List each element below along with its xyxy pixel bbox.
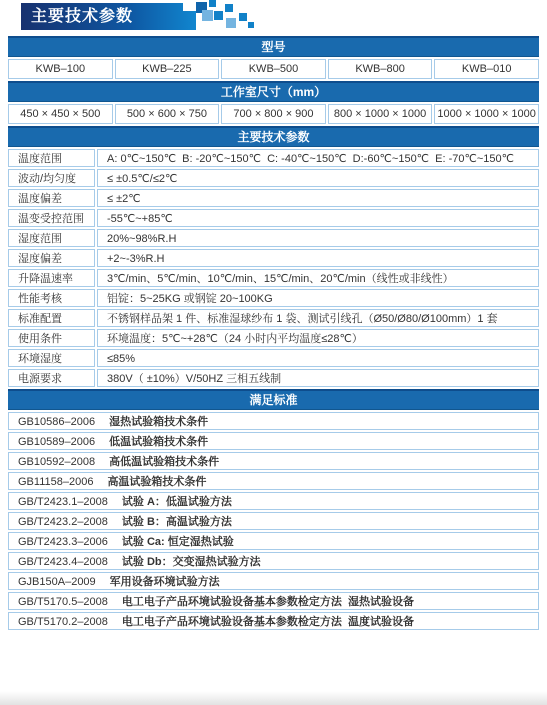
standard-desc: 高温试验箱技术条件: [107, 476, 206, 488]
param-label: 温度偏差: [8, 189, 95, 207]
deco-square: [202, 10, 213, 21]
param-value: 环境温度：5℃~+28℃（24 小时内平均温度≤28℃）: [97, 329, 539, 347]
param-label: 环境湿度: [8, 349, 95, 367]
standard-row: GB/T5170.5–2008电工电子产品环境试验设备基本参数检定方法 湿热试验…: [8, 592, 539, 610]
standard-row: GB/T2423.4–2008试验 Db：交变湿热试验方法: [8, 552, 539, 570]
models-row: KWB–100KWB–225KWB–500KWB–800KWB–010: [8, 59, 539, 79]
standard-row: GB/T2423.3–2006试验 Ca: 恒定湿热试验: [8, 532, 539, 550]
standard-row: GB11158–2006高温试验箱技术条件: [8, 472, 539, 490]
param-row: 湿度偏差+2~-3%R.H: [8, 249, 539, 267]
standard-code: GB/T5170.2–2008: [18, 616, 108, 628]
standard-desc: 电工电子产品环境试验设备基本参数检定方法 温度试验设备: [122, 616, 414, 628]
param-label: 性能考核: [8, 289, 95, 307]
param-label: 温度范围: [8, 149, 95, 167]
standard-row: GB/T5170.2–2008电工电子产品环境试验设备基本参数检定方法 温度试验…: [8, 612, 539, 630]
standard-desc: 军用设备环境试验方法: [110, 576, 220, 588]
param-value: 不锈钢样品架 1 件、标准湿球纱布 1 袋、测试引线孔（Ø50/Ø80/Ø100…: [97, 309, 539, 327]
param-label: 使用条件: [8, 329, 95, 347]
deco-square: [239, 13, 247, 21]
deco-square: [248, 22, 254, 28]
param-row: 环境湿度≤85%: [8, 349, 539, 367]
spec-table: 型号 KWB–100KWB–225KWB–500KWB–800KWB–010 工…: [8, 36, 539, 632]
param-value: 20%~98%R.H: [97, 229, 539, 247]
model-cell: KWB–225: [115, 59, 220, 79]
standard-row: GB/T2423.1–2008试验 A：低温试验方法: [8, 492, 539, 510]
size-cell: 450 × 450 × 500: [8, 104, 113, 124]
standard-code: GB/T2423.1–2008: [18, 496, 108, 508]
standard-desc: 高低温试验箱技术条件: [109, 456, 219, 468]
standard-desc: 电工电子产品环境试验设备基本参数检定方法 湿热试验设备: [122, 596, 414, 608]
deco-square: [214, 11, 223, 20]
param-label: 湿度范围: [8, 229, 95, 247]
param-value: 3℃/min、5℃/min、10℃/min、15℃/min、20℃/min（线性…: [97, 269, 539, 287]
deco-square: [225, 4, 233, 12]
section-header-params: 主要技术参数: [8, 126, 539, 147]
page-header: 主要技术参数: [0, 0, 547, 34]
title-notch-decor: [183, 3, 196, 11]
size-cell: 700 × 800 × 900: [221, 104, 326, 124]
bottom-fade-decor: [0, 691, 547, 705]
param-row: 电源要求380V（ ±10%）V/50HZ 三相五线制: [8, 369, 539, 387]
deco-square: [209, 0, 216, 7]
standard-code: GB/T5170.5–2008: [18, 596, 108, 608]
size-cell: 500 × 600 × 750: [115, 104, 220, 124]
standard-desc: 试验 A：低温试验方法: [122, 496, 232, 508]
standard-row: GB10589–2006低温试验箱技术条件: [8, 432, 539, 450]
param-value: A: 0℃~150℃ B: -20℃~150℃ C: -40℃~150℃ D:-…: [97, 149, 539, 167]
page-title: 主要技术参数: [31, 8, 133, 25]
param-row: 标准配置不锈钢样品架 1 件、标准湿球纱布 1 袋、测试引线孔（Ø50/Ø80/…: [8, 309, 539, 327]
param-value: +2~-3%R.H: [97, 249, 539, 267]
param-value: -55℃~+85℃: [97, 209, 539, 227]
param-row: 使用条件环境温度：5℃~+28℃（24 小时内平均温度≤28℃）: [8, 329, 539, 347]
sizes-row: 450 × 450 × 500500 × 600 × 750700 × 800 …: [8, 104, 539, 124]
section-header-size: 工作室尺寸（mm）: [8, 81, 539, 102]
deco-square: [226, 18, 236, 28]
param-label: 湿度偏差: [8, 249, 95, 267]
param-value: ≤85%: [97, 349, 539, 367]
standard-code: GB10586–2006: [18, 416, 95, 428]
standard-row: GB/T2423.2–2008试验 B：高温试验方法: [8, 512, 539, 530]
section-header-standards: 满足标准: [8, 389, 539, 410]
standard-row: GB10586–2006湿热试验箱技术条件: [8, 412, 539, 430]
standard-desc: 试验 Ca: 恒定湿热试验: [122, 536, 234, 548]
param-value: 铝锭：5~25KG 或钢锭 20~100KG: [97, 289, 539, 307]
param-label: 温变受控范围: [8, 209, 95, 227]
param-row: 波动/均匀度≤ ±0.5℃/≤2℃: [8, 169, 539, 187]
standard-desc: 试验 B：高温试验方法: [122, 516, 232, 528]
standard-row: GJB150A–2009军用设备环境试验方法: [8, 572, 539, 590]
standard-desc: 湿热试验箱技术条件: [109, 416, 208, 428]
model-cell: KWB–500: [221, 59, 326, 79]
param-label: 标准配置: [8, 309, 95, 327]
param-value: 380V（ ±10%）V/50HZ 三相五线制: [97, 369, 539, 387]
param-row: 性能考核铝锭：5~25KG 或钢锭 20~100KG: [8, 289, 539, 307]
param-value: ≤ ±0.5℃/≤2℃: [97, 169, 539, 187]
section-header-model: 型号: [8, 36, 539, 57]
param-row: 湿度范围20%~98%R.H: [8, 229, 539, 247]
param-label: 电源要求: [8, 369, 95, 387]
standard-code: GB/T2423.2–2008: [18, 516, 108, 528]
param-row: 温度偏差≤ ±2℃: [8, 189, 539, 207]
param-label: 升降温速率: [8, 269, 95, 287]
model-cell: KWB–800: [328, 59, 433, 79]
size-cell: 1000 × 1000 × 1000: [434, 104, 539, 124]
page-title-bar: 主要技术参数: [21, 3, 196, 30]
standard-row: GB10592–2008高低温试验箱技术条件: [8, 452, 539, 470]
standards-rows: GB10586–2006湿热试验箱技术条件GB10589–2006低温试验箱技术…: [8, 412, 539, 630]
size-cell: 800 × 1000 × 1000: [328, 104, 433, 124]
model-cell: KWB–100: [8, 59, 113, 79]
standard-code: GB/T2423.4–2008: [18, 556, 108, 568]
standard-code: GB/T2423.3–2006: [18, 536, 108, 548]
standard-code: GJB150A–2009: [18, 576, 96, 588]
params-rows: 温度范围A: 0℃~150℃ B: -20℃~150℃ C: -40℃~150℃…: [8, 149, 539, 387]
model-cell: KWB–010: [434, 59, 539, 79]
standard-code: GB10589–2006: [18, 436, 95, 448]
standard-desc: 低温试验箱技术条件: [109, 436, 208, 448]
standard-code: GB11158–2006: [18, 476, 93, 488]
standard-desc: 试验 Db：交变湿热试验方法: [122, 556, 261, 568]
param-row: 温变受控范围-55℃~+85℃: [8, 209, 539, 227]
param-row: 温度范围A: 0℃~150℃ B: -20℃~150℃ C: -40℃~150℃…: [8, 149, 539, 167]
param-row: 升降温速率3℃/min、5℃/min、10℃/min、15℃/min、20℃/m…: [8, 269, 539, 287]
param-label: 波动/均匀度: [8, 169, 95, 187]
standard-code: GB10592–2008: [18, 456, 95, 468]
param-value: ≤ ±2℃: [97, 189, 539, 207]
